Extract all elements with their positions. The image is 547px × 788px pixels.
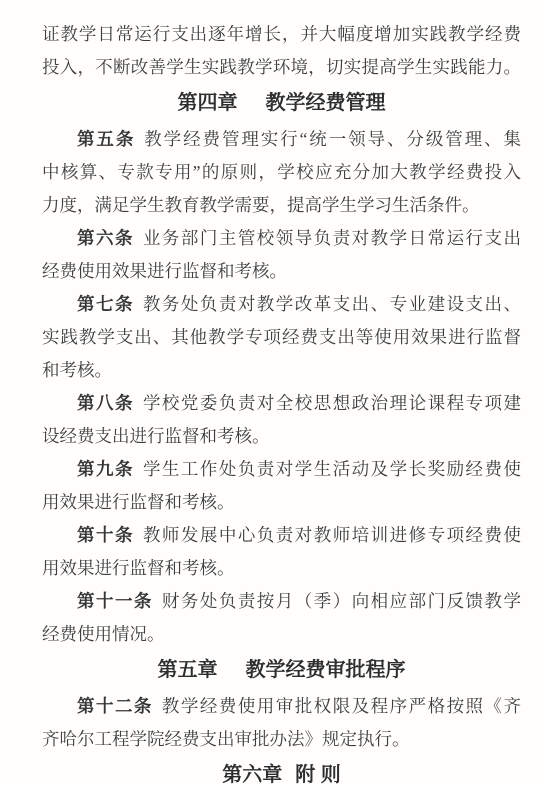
text-line: 用效果进行监督和考核。 <box>42 486 521 519</box>
chapter-title: 附 则 <box>295 764 341 786</box>
text-line: 证教学日常运行支出逐年增长，并大幅度增加实践教学经费 <box>42 18 521 51</box>
text-line: 第十二条教学经费使用审批权限及程序严格按照《齐 <box>42 690 521 723</box>
article-text: 教学经费管理实行“统一领导、分级管理、集 <box>144 129 521 149</box>
text-line: 投入，不断改善学生实践教学环境，切实提高学生实践能力。 <box>42 51 521 84</box>
text-line: 经费使用情况。 <box>42 618 521 651</box>
text-line: 第五条教学经费管理实行“统一领导、分级管理、集 <box>42 123 521 156</box>
article-text: 业务部门主管校领导负责对教学日常运行支出 <box>143 228 521 248</box>
article-paragraph: 第九条学生工作处负责对学生活动及学长奖励经费使 用效果进行监督和考核。 <box>42 453 521 519</box>
document-page: 证教学日常运行支出逐年增长，并大幅度增加实践教学经费 投入，不断改善学生实践教学… <box>0 0 547 788</box>
intro-paragraph: 证教学日常运行支出逐年增长，并大幅度增加实践教学经费 投入，不断改善学生实践教学… <box>42 18 521 84</box>
article-paragraph: 第十二条教学经费使用审批权限及程序严格按照《齐 齐哈尔工程学院经费支出审批办法》… <box>42 690 521 756</box>
text-line: 第七条教务处负责对教学改革支出、专业建设支出、 <box>42 288 521 321</box>
article-text: 教学经费使用审批权限及程序严格按照《齐 <box>162 696 521 716</box>
text-line: 实践教学支出、其他教学专项经费支出等使用效果进行监督 <box>42 321 521 354</box>
chapter-number: 第五章 <box>158 659 218 681</box>
chapter-number: 第四章 <box>178 92 238 114</box>
text-line: 齐哈尔工程学院经费支出审批办法》规定执行。 <box>42 723 521 756</box>
article-number: 第十一条 <box>77 591 153 611</box>
text-line: 和考核。 <box>42 354 521 387</box>
article-paragraph: 第八条学校党委负责对全校思想政治理论课程专项建 设经费支出进行监督和考核。 <box>42 387 521 453</box>
article-text: 教务处负责对教学改革支出、专业建设支出、 <box>143 294 521 314</box>
article-number: 第九条 <box>77 459 134 479</box>
chapter-heading-6: 第六章附 则 <box>42 759 521 788</box>
text-line: 第十条教师发展中心负责对教师培训进修专项经费使 <box>42 519 521 552</box>
chapter-title: 教学经费管理 <box>266 92 386 114</box>
chapter-heading-4: 第四章教学经费管理 <box>42 87 521 120</box>
article-paragraph: 第六条业务部门主管校领导负责对教学日常运行支出 经费使用效果进行监督和考核。 <box>42 222 521 288</box>
article-text: 财务处负责按月（季）向相应部门反馈教学 <box>162 591 521 611</box>
text-line: 第六条业务部门主管校领导负责对教学日常运行支出 <box>42 222 521 255</box>
article-number: 第十二条 <box>77 696 153 716</box>
article-text: 学生工作处负责对学生活动及学长奖励经费使 <box>143 459 521 479</box>
text-line: 第十一条财务处负责按月（季）向相应部门反馈教学 <box>42 585 521 618</box>
article-paragraph: 第十一条财务处负责按月（季）向相应部门反馈教学 经费使用情况。 <box>42 585 521 651</box>
article-number: 第七条 <box>77 294 134 314</box>
article-number: 第六条 <box>77 228 134 248</box>
chapter-number: 第六章 <box>222 764 282 786</box>
article-number: 第八条 <box>77 393 134 413</box>
text-line: 用效果进行监督和考核。 <box>42 552 521 585</box>
text-line: 中核算、专款专用”的原则，学校应充分加大教学经费投入 <box>42 156 521 189</box>
text-line: 第八条学校党委负责对全校思想政治理论课程专项建 <box>42 387 521 420</box>
chapter-heading-5: 第五章教学经费审批程序 <box>42 654 521 687</box>
chapter-title: 教学经费审批程序 <box>246 659 406 681</box>
article-paragraph: 第七条教务处负责对教学改革支出、专业建设支出、 实践教学支出、其他教学专项经费支… <box>42 288 521 387</box>
article-text: 学校党委负责对全校思想政治理论课程专项建 <box>143 393 521 413</box>
article-number: 第五条 <box>77 129 135 149</box>
article-paragraph: 第五条教学经费管理实行“统一领导、分级管理、集 中核算、专款专用”的原则，学校应… <box>42 123 521 222</box>
text-line: 设经费支出进行监督和考核。 <box>42 420 521 453</box>
article-number: 第十条 <box>77 525 134 545</box>
text-line: 力度，满足学生教育教学需要，提高学生学习生活条件。 <box>42 189 521 222</box>
article-text: 教师发展中心负责对教师培训进修专项经费使 <box>143 525 521 545</box>
text-line: 经费使用效果进行监督和考核。 <box>42 255 521 288</box>
text-line: 第九条学生工作处负责对学生活动及学长奖励经费使 <box>42 453 521 486</box>
article-paragraph: 第十条教师发展中心负责对教师培训进修专项经费使 用效果进行监督和考核。 <box>42 519 521 585</box>
